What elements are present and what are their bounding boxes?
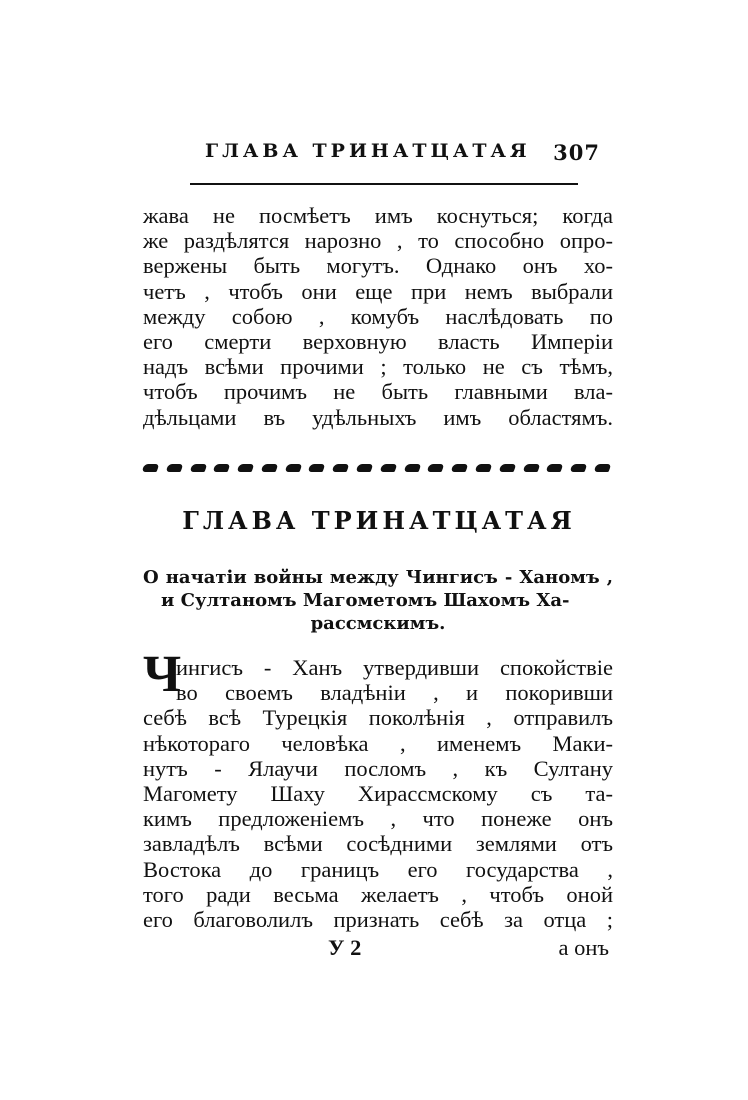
text-line: дѣльцами въ удѣльныхъ имъ областямъ.: [143, 405, 613, 430]
text-line: чтобъ прочимъ не быть главными вла-: [143, 379, 613, 404]
text-line: Магомету Шаху Хирассмскому съ та-: [143, 781, 613, 806]
chapter-title: ГЛАВА ТРИНАТЦАТАЯ: [0, 506, 748, 535]
text-line: же раздѣлятся нарозно , то способно опро…: [143, 228, 613, 253]
text-line: жава не посмѣетъ имъ коснуться; когда: [143, 203, 613, 228]
chapter-subtitle: О начатіи войны между Чингисъ - Ханомъ ,…: [143, 566, 613, 635]
header-rule: [190, 183, 578, 185]
text-line: кимъ предложеніемъ , что понеже онъ: [143, 806, 613, 831]
text-line: его смерти верховную власть Имперіи: [143, 329, 613, 354]
text-line: нутъ - Ялаучи посломъ , къ Султану: [143, 756, 613, 781]
text-line: того ради весьма желаетъ , чтобъ оной: [143, 882, 613, 907]
text-line: четъ , чтобъ они еще при немъ выбрали: [143, 279, 613, 304]
signature-mark: У 2: [328, 935, 361, 961]
running-head-title: ГЛАВА ТРИНАТЦАТАЯ: [205, 140, 531, 162]
catchword: а онъ: [558, 935, 609, 961]
text-line: вержены быть могутъ. Однако онъ хо-: [143, 253, 613, 278]
wave-ornament-icon: [143, 460, 610, 476]
chapter-opening-paragraph: Чингисъ - Ханъ утвердивши спокойствіе во…: [143, 655, 613, 932]
subtitle-line: и Султаномъ Магометомъ Шахомъ Ха-: [143, 589, 613, 612]
text-line: во своемъ владѣніи , и покоривши: [143, 680, 613, 705]
text-line: нѣкотораго человѣка , именемъ Маки-: [143, 731, 613, 756]
page-footer: У 2 а онъ: [143, 935, 613, 963]
text-line: Чингисъ - Ханъ утвердивши спокойствіе: [143, 655, 613, 680]
paragraph-continued: жава не посмѣетъ имъ коснуться; когда же…: [143, 203, 613, 430]
subtitle-line: О начатіи войны между Чингисъ - Ханомъ ,: [143, 566, 613, 589]
text-line: надъ всѣми прочими ; только не съ тѣмъ,: [143, 354, 613, 379]
running-head: ГЛАВА ТРИНАТЦАТАЯ 307: [205, 140, 605, 170]
text-line: завладѣлъ всѣми сосѣдними землями отъ: [143, 831, 613, 856]
text-line: его благоволилъ признать себѣ за отца ;: [143, 907, 613, 932]
text-line-content: ингисъ - Ханъ утвердивши спокойствіе: [176, 655, 613, 680]
drop-cap: Ч: [143, 649, 181, 701]
book-page: ГЛАВА ТРИНАТЦАТАЯ 307 жава не посмѣетъ и…: [0, 0, 748, 1100]
subtitle-line: рассмскимъ.: [143, 612, 613, 635]
text-line: себѣ всѣ Турецкія поколѣнія , отправилъ: [143, 705, 613, 730]
page-number: 307: [553, 140, 600, 165]
text-line: между собою , комубъ наслѣдовать по: [143, 304, 613, 329]
text-line: Востока до границъ его государства ,: [143, 857, 613, 882]
